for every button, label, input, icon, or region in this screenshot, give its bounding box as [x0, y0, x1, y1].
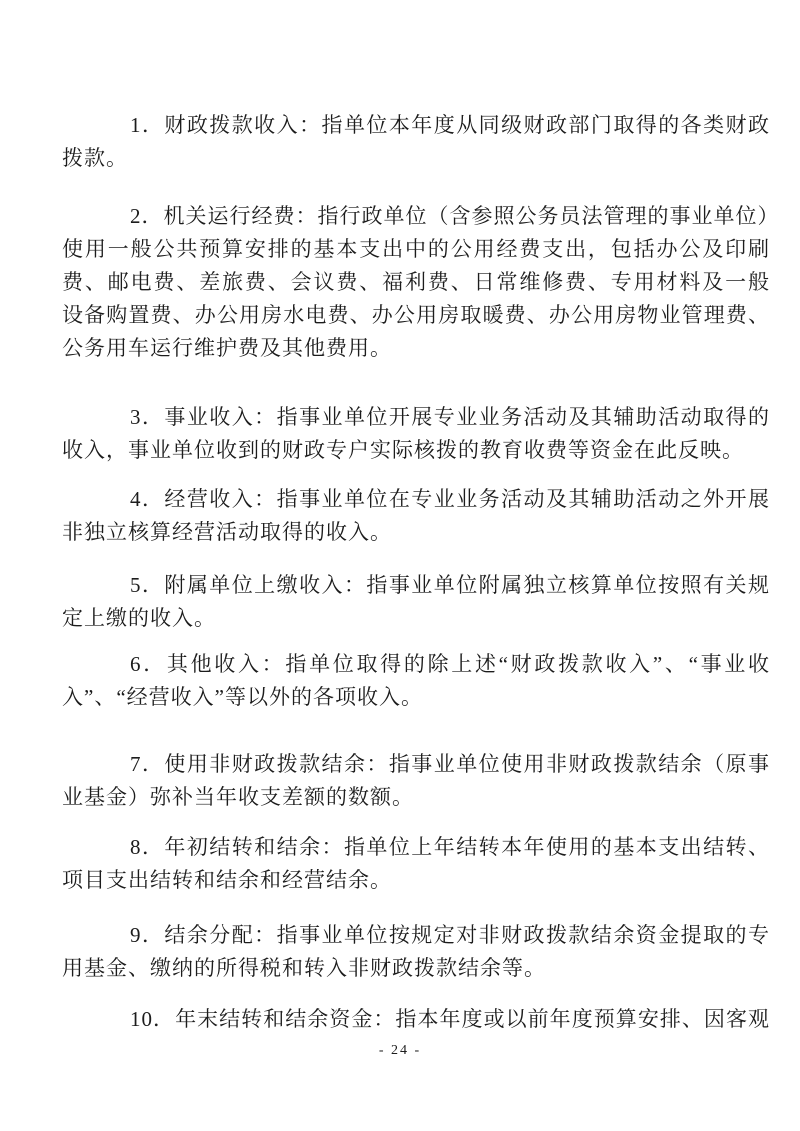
paragraph: 9．结余分配：指事业单位按规定对非财政拨款结余资金提取的专用基金、缴纳的所得税和… [62, 919, 770, 985]
text-line: 定上缴的收入。 [62, 602, 770, 635]
text-line: 入”、“经营收入”等以外的各项收入。 [62, 681, 770, 714]
text-line: 收入，事业单位收到的财政专户实际核拨的教育收费等资金在此反映。 [62, 434, 770, 467]
paragraph: 4．经营收入：指事业单位在专业业务活动及其辅助活动之外开展非独立核算经营活动取得… [62, 483, 770, 549]
paragraph: 7．使用非财政拨款结余：指事业单位使用非财政拨款结余（原事业基金）弥补当年收支差… [62, 748, 770, 814]
text-line: 2．机关运行经费：指行政单位（含参照公务员法管理的事业单位） [62, 200, 770, 233]
text-line: 5．附属单位上缴收入：指事业单位附属独立核算单位按照有关规 [62, 569, 770, 602]
paragraph: 1．财政拨款收入：指单位本年度从同级财政部门取得的各类财政拨款。 [62, 109, 770, 175]
text-line: 9．结余分配：指事业单位按规定对非财政拨款结余资金提取的专 [62, 919, 770, 952]
text-line: 设备购置费、办公用房水电费、办公用房取暖费、办公用房物业管理费、 [62, 299, 770, 332]
text-line: 3．事业收入：指事业单位开展专业业务活动及其辅助活动取得的 [62, 401, 770, 434]
paragraph: 10．年末结转和结余资金：指本年度或以前年度预算安排、因客观 [62, 1003, 770, 1036]
text-line: 4．经营收入：指事业单位在专业业务活动及其辅助活动之外开展 [62, 483, 770, 516]
text-line: 项目支出结转和结余和经营结余。 [62, 864, 770, 897]
page-number: - 24 - [0, 1043, 800, 1059]
paragraph: 5．附属单位上缴收入：指事业单位附属独立核算单位按照有关规定上缴的收入。 [62, 569, 770, 635]
text-line: 业基金）弥补当年收支差额的数额。 [62, 781, 770, 814]
text-line: 8．年初结转和结余：指单位上年结转本年使用的基本支出结转、 [62, 831, 770, 864]
text-line: 拨款。 [62, 142, 770, 175]
text-line: 公务用车运行维护费及其他费用。 [62, 332, 770, 365]
paragraph: 8．年初结转和结余：指单位上年结转本年使用的基本支出结转、项目支出结转和结余和经… [62, 831, 770, 897]
text-line: 非独立核算经营活动取得的收入。 [62, 516, 770, 549]
text-line: 使用一般公共预算安排的基本支出中的公用经费支出，包括办公及印刷 [62, 233, 770, 266]
paragraph: 6．其他收入：指单位取得的除上述“财政拨款收入”、“事业收入”、“经营收入”等以… [62, 648, 770, 714]
text-line: 7．使用非财政拨款结余：指事业单位使用非财政拨款结余（原事 [62, 748, 770, 781]
text-line: 1．财政拨款收入：指单位本年度从同级财政部门取得的各类财政 [62, 109, 770, 142]
text-line: 10．年末结转和结余资金：指本年度或以前年度预算安排、因客观 [62, 1003, 770, 1036]
text-line: 6．其他收入：指单位取得的除上述“财政拨款收入”、“事业收 [62, 648, 770, 681]
document-page: 1．财政拨款收入：指单位本年度从同级财政部门取得的各类财政拨款。2．机关运行经费… [0, 0, 800, 1131]
paragraph: 3．事业收入：指事业单位开展专业业务活动及其辅助活动取得的收入，事业单位收到的财… [62, 401, 770, 467]
text-line: 用基金、缴纳的所得税和转入非财政拨款结余等。 [62, 952, 770, 985]
document-body: 1．财政拨款收入：指单位本年度从同级财政部门取得的各类财政拨款。2．机关运行经费… [62, 109, 770, 1036]
paragraph: 2．机关运行经费：指行政单位（含参照公务员法管理的事业单位）使用一般公共预算安排… [62, 200, 770, 365]
text-line: 费、邮电费、差旅费、会议费、福利费、日常维修费、专用材料及一般 [62, 266, 770, 299]
